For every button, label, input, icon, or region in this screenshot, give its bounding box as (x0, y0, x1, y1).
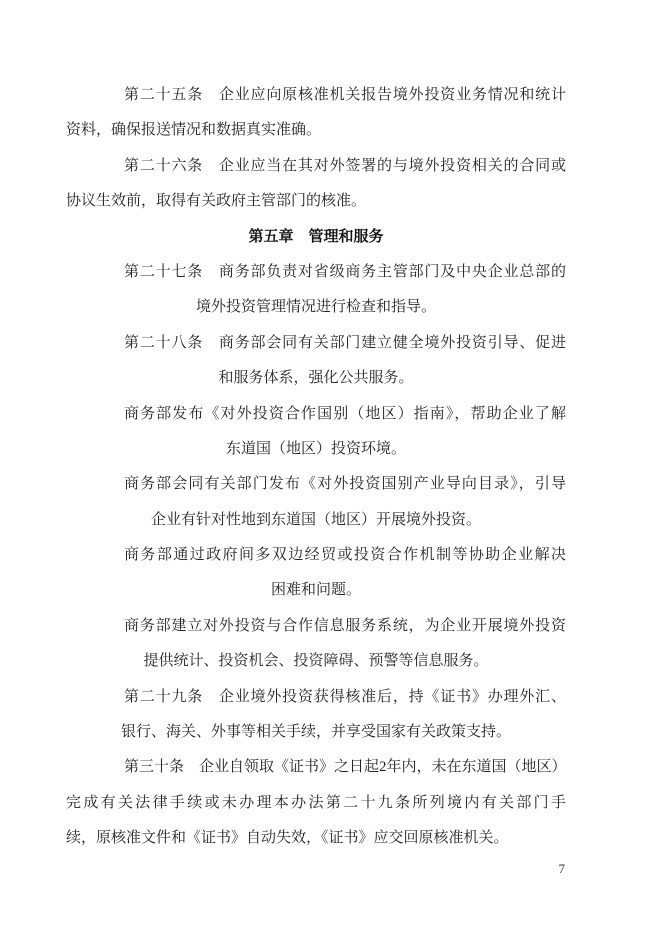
document-line: 协议生效前，取得有关政府主管部门的核准。 (66, 184, 566, 219)
document-line: 第二十九条 企业境外投资获得核准后，持《证书》办理外汇、 (66, 680, 566, 715)
document-line: 商务部通过政府间多双边经贸或投资合作机制等协助企业解决 (66, 538, 566, 573)
document-line: 第三十条 企业自领取《证书》之日起2年内，未在东道国（地区） (66, 750, 566, 785)
document-line: 东道国（地区）投资环境。 (66, 432, 566, 467)
document-line: 银行、海关、外事等相关手续，并享受国家有关政策支持。 (66, 715, 566, 750)
document-line: 续，原核准文件和《证书》自动失效，《证书》应交回原核准机关。 (66, 821, 566, 856)
document-line: 第二十六条 企业应当在其对外签署的与境外投资相关的合同或 (66, 149, 566, 184)
document-line: 第二十五条 企业应向原核准机关报告境外投资业务情况和统计 (66, 78, 566, 113)
document-body: 第二十五条 企业应向原核准机关报告境外投资业务情况和统计资料，确保报送情况和数据… (66, 78, 566, 857)
document-line: 商务部发布《对外投资合作国别（地区）指南》，帮助企业了解 (66, 397, 566, 432)
chapter-heading: 第五章 管理和服务 (66, 220, 566, 255)
document-line: 困难和问题。 (66, 573, 566, 608)
document-line: 完成有关法律手续或未办理本办法第二十九条所列境内有关部门手 (66, 786, 566, 821)
document-line: 资料，确保报送情况和数据真实准确。 (66, 113, 566, 148)
page-number: 7 (559, 860, 566, 878)
document-line: 企业有针对性地到东道国（地区）开展境外投资。 (66, 503, 566, 538)
document-line: 提供统计、投资机会、投资障碍、预警等信息服务。 (66, 644, 566, 679)
document-line: 商务部会同有关部门发布《对外投资国别产业导向目录》，引导 (66, 467, 566, 502)
document-line: 和服务体系，强化公共服务。 (66, 361, 566, 396)
document-line: 第二十七条 商务部负责对省级商务主管部门及中央企业总部的 (66, 255, 566, 290)
document-line: 境外投资管理情况进行检查和指导。 (66, 290, 566, 325)
document-line: 商务部建立对外投资与合作信息服务系统，为企业开展境外投资 (66, 609, 566, 644)
document-page: 第二十五条 企业应向原核准机关报告境外投资业务情况和统计资料，确保报送情况和数据… (0, 0, 661, 935)
document-line: 第二十八条 商务部会同有关部门建立健全境外投资引导、促进 (66, 326, 566, 361)
